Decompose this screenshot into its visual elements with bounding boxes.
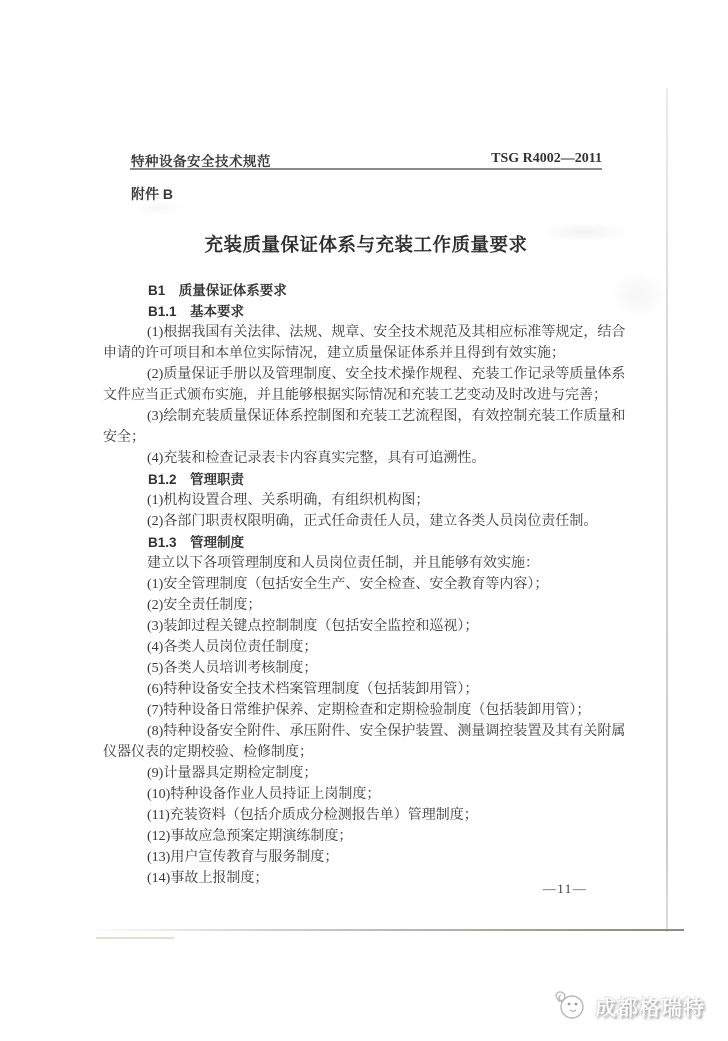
text-line: (12)事故应急预案定期演练制度； xyxy=(103,826,621,847)
page-bottom-edge-line xyxy=(84,929,684,931)
text-line: B1.2 管理职责 xyxy=(103,469,621,490)
text-line: (2)安全责任制度； xyxy=(103,595,621,616)
text-line: (1)根据我国有关法律、法规、规章、安全技术规范及其相应标准等规定，结合 xyxy=(103,322,621,343)
page-bottom-edge-smudge xyxy=(96,937,174,939)
page-right-edge-line xyxy=(666,88,668,932)
text-line: B1 质量保证体系要求 xyxy=(103,280,621,301)
header-rule xyxy=(130,168,602,170)
text-line: (3)绘制充装质量保证体系控制图和充装工艺流程图，有效控制充装工作质量和 xyxy=(103,406,621,427)
text-line: (6)特种设备安全技术档案管理制度（包括装卸用管）； xyxy=(103,679,621,700)
body-text: B1 质量保证体系要求B1.1 基本要求(1)根据我国有关法律、法规、规章、安全… xyxy=(103,280,621,889)
bird-mascot-icon xyxy=(550,986,590,1029)
watermark: 成都格瑞特 xyxy=(550,984,705,1030)
text-line: (2)质量保证手册以及管理制度、安全技术操作规程、充装工作记录等质量体系 xyxy=(103,364,621,385)
attachment-label: 附件 B xyxy=(131,184,173,204)
text-line: (7)特种设备日常维护保养、定期检查和定期检验制度（包括装卸用管）； xyxy=(103,700,621,721)
text-line: (5)各类人员培训考核制度； xyxy=(103,658,621,679)
text-line: 申请的许可项目和本单位实际情况，建立质量保证体系并且得到有效实施； xyxy=(103,343,621,364)
text-line: (9)计量器具定期检定制度； xyxy=(103,763,621,784)
text-line: (10)特种设备作业人员持证上岗制度； xyxy=(103,784,621,805)
text-line: (13)用户宣传教育与服务制度； xyxy=(103,847,621,868)
text-line: 安全； xyxy=(103,427,621,448)
text-line: (11)充装资料（包括介质成分检测报告单）管理制度； xyxy=(103,805,621,826)
text-line: B1.1 基本要求 xyxy=(103,301,621,322)
text-line: 建立以下各项管理制度和人员岗位责任制，并且能够有效实施： xyxy=(103,553,621,574)
page-number: —11— xyxy=(510,881,620,897)
text-line: (4)充装和检查记录表卡内容真实完整，具有可追溯性。 xyxy=(103,448,621,469)
text-line: (3)装卸过程关键点控制制度（包括安全监控和巡视）； xyxy=(103,616,621,637)
text-line: (1)机构设置合理、关系明确，有组织机构图； xyxy=(103,490,621,511)
text-line: (2)各部门职责权限明确，正式任命责任人员，建立各类人员岗位责任制。 xyxy=(103,511,621,532)
text-line: (8)特种设备安全附件、承压附件、安全保护装置、测量调控装置及其有关附属 xyxy=(103,721,621,742)
text-line: 文件应当正式颁布实施，并且能够根据实际情况和充装工艺变动及时改进与完善； xyxy=(103,385,621,406)
running-header-left: 特种设备安全技术规范 xyxy=(131,150,271,170)
text-line: B1.3 管理制度 xyxy=(103,532,621,553)
text-line: (1)安全管理制度（包括安全生产、安全检查、安全教育等内容）； xyxy=(103,574,621,595)
document-code: TSG R4002—2011 xyxy=(392,151,602,167)
page-title: 充装质量保证体系与充装工作质量要求 xyxy=(118,231,614,257)
text-line: (4)各类人员岗位责任制度； xyxy=(103,637,621,658)
scanned-document-page: 特种设备安全技术规范 TSG R4002—2011 附件 B 充装质量保证体系与… xyxy=(0,0,728,1041)
text-line: 仪器仪表的定期校验、检修制度； xyxy=(103,742,621,763)
watermark-brand-text: 成都格瑞特 xyxy=(595,992,705,1022)
